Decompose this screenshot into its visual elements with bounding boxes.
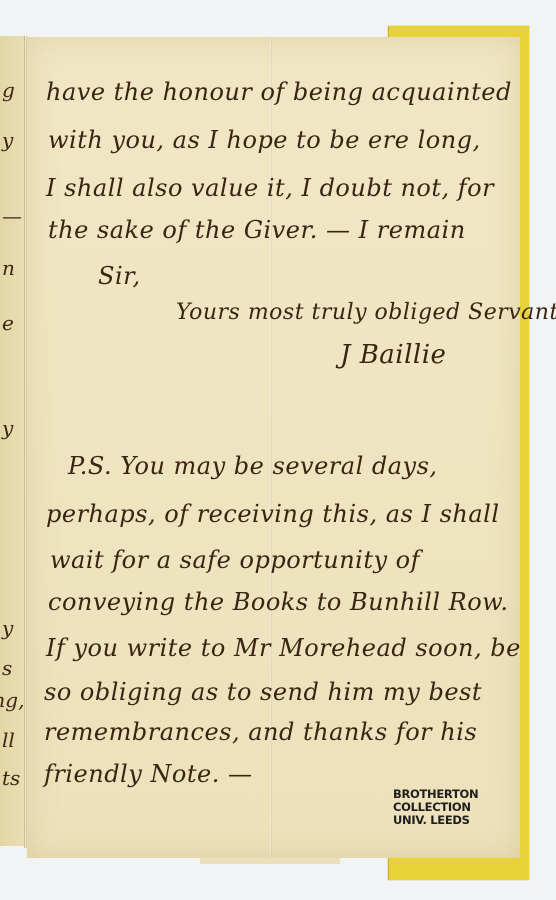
postscript-line: wait for a safe opportunity of xyxy=(50,546,420,574)
previous-page-fragment: s xyxy=(2,656,12,680)
postscript-line: friendly Note. — xyxy=(44,760,252,788)
previous-page-fragment: y xyxy=(2,128,13,152)
previous-page-fragment: y xyxy=(2,616,13,640)
signature: J Baillie xyxy=(340,340,446,370)
letter-line: the sake of the Giver. — I remain xyxy=(48,216,466,244)
postscript-line: remembrances, and thanks for his xyxy=(44,718,477,746)
stamp-line: UNIV. LEEDS xyxy=(393,814,478,827)
previous-page-edge: g y — n e y y s ing, ll ts xyxy=(0,36,26,846)
letter-line: with you, as I hope to be ere long, xyxy=(48,126,481,154)
previous-page-fragment: e xyxy=(2,311,14,335)
previous-page-fragment: ing, xyxy=(0,688,24,712)
previous-page-fragment: ts xyxy=(2,766,20,790)
closing: Yours most truly obliged Servant xyxy=(176,300,556,325)
previous-page-fragment: g xyxy=(2,78,15,102)
letter-line: have the honour of being acquainted xyxy=(46,78,512,106)
postscript-line: conveying the Books to Bunhill Row. xyxy=(48,588,508,616)
postscript-line: so obliging as to send him my best xyxy=(44,678,482,706)
postscript-line: P.S. You may be several days, xyxy=(68,452,438,480)
postscript-line: If you write to Mr Morehead soon, be xyxy=(46,634,521,662)
library-stamp: BROTHERTON COLLECTION UNIV. LEEDS xyxy=(393,788,478,827)
previous-page-fragment: — xyxy=(2,204,22,228)
page-edge-tab xyxy=(200,858,340,864)
previous-page-fragment: ll xyxy=(2,728,15,752)
salutation: Sir, xyxy=(98,262,141,290)
postscript-line: perhaps, of receiving this, as I shall xyxy=(46,500,500,528)
previous-page-fragment: n xyxy=(2,256,15,280)
previous-page-fragment: y xyxy=(2,416,13,440)
letter-line: I shall also value it, I doubt not, for xyxy=(46,174,494,202)
